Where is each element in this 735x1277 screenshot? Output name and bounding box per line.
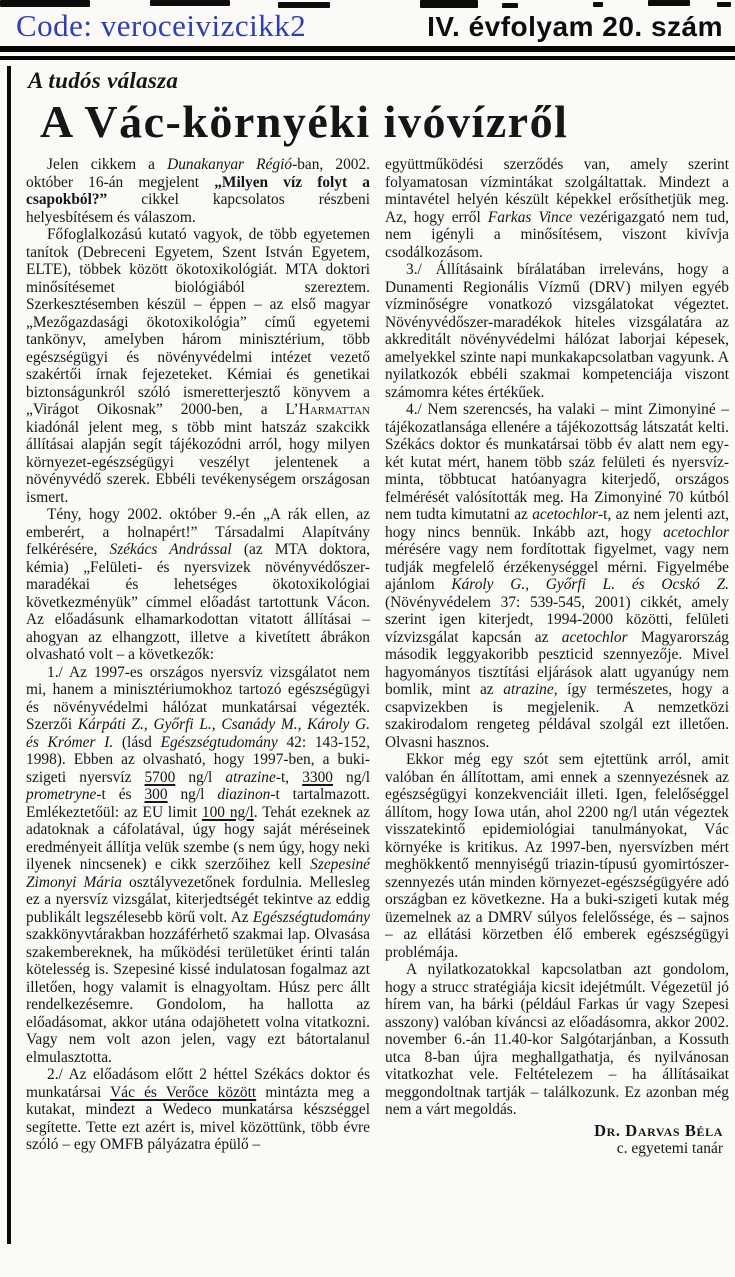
scanned-article-page: Code: veroceivizcikk2 IV. évfolyam 20. s… <box>0 0 735 1277</box>
paragraph: Tény, hogy 2002. október 9.-én „A rák el… <box>26 506 370 664</box>
article-columns: Jelen cikkem a Dunakanyar Régió-ban, 200… <box>26 156 729 1157</box>
kicker: A tudós válasza <box>28 68 729 94</box>
page-header: Code: veroceivizcikk2 IV. évfolyam 20. s… <box>0 0 735 41</box>
scan-artifact <box>0 0 90 7</box>
scan-artifact <box>150 0 230 6</box>
page-title: A Vác-környéki ivóvízről <box>40 95 729 148</box>
double-rule <box>0 46 735 60</box>
scan-artifact <box>648 0 690 6</box>
paragraph: 2./ Az előadásom előtt 2 héttel Székács … <box>26 1066 370 1154</box>
article: A tudós válasza A Vác-környéki ivóvízről… <box>0 60 735 1157</box>
scan-artifact <box>278 2 330 8</box>
code-label: Code: veroceivizcikk2 <box>16 10 306 41</box>
paragraph: Jelen cikkem a Dunakanyar Régió-ban, 200… <box>26 156 370 226</box>
paragraph: 1./ Az 1997-es országos nyersvíz vizsgál… <box>26 664 370 1067</box>
paragraph: együttműködési szerződés van, amely szer… <box>385 156 729 261</box>
paragraph: A nyilatkozatokkal kapcsolatban azt gond… <box>385 961 729 1119</box>
scan-artifact <box>420 0 478 8</box>
signature: Dr. Darvas Bélac. egyetemi tanár <box>385 1122 729 1157</box>
signature-name: Dr. Darvas Béla <box>385 1122 723 1140</box>
column-left: Jelen cikkem a Dunakanyar Régió-ban, 200… <box>26 156 370 1157</box>
paragraph: Főfoglalkozású kutató vagyok, de több eg… <box>26 226 370 506</box>
column-right: együttműködési szerződés van, amely szer… <box>385 156 729 1157</box>
paragraph: 4./ Nem szerencsés, ha valaki – mint Zim… <box>385 401 729 751</box>
issue-label: IV. évfolyam 20. szám <box>427 13 725 41</box>
scan-artifact <box>717 2 731 7</box>
paragraph: Ekkor még egy szót sem ejtettünk arról, … <box>385 751 729 961</box>
signature-title: c. egyetemi tanár <box>385 1140 723 1157</box>
scan-artifact <box>502 3 518 8</box>
scan-artifact <box>593 2 603 7</box>
paragraph: 3./ Állításaink bírálatában irreleváns, … <box>385 261 729 401</box>
